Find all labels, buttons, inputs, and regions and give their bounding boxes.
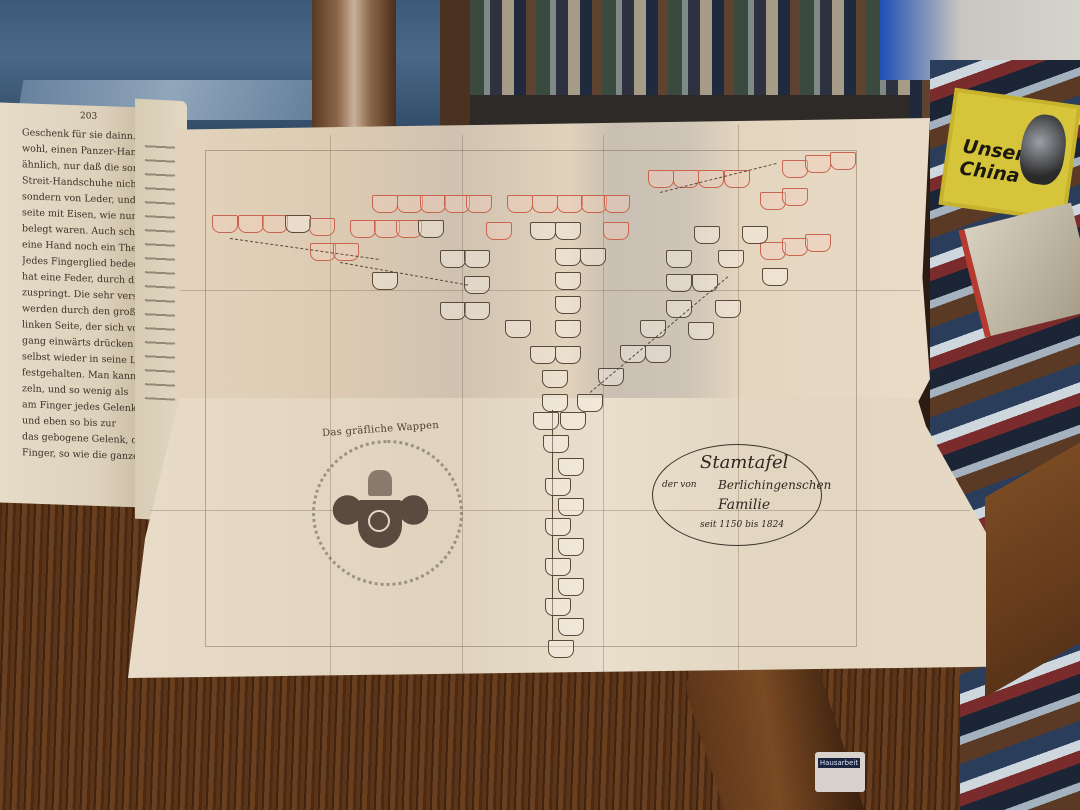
tree-node xyxy=(440,250,466,268)
tree-node xyxy=(555,248,581,266)
tree-node xyxy=(545,598,571,616)
tree-node xyxy=(688,322,714,340)
tree-node xyxy=(530,222,556,240)
fold-line xyxy=(330,135,331,675)
tree-node-ancestor xyxy=(782,188,808,206)
cartouche-family-name: Berlichingenschen xyxy=(718,478,831,492)
fold-line xyxy=(462,135,463,675)
book-unser-china: Unser China xyxy=(943,92,1077,218)
tree-node-ancestor xyxy=(333,243,359,261)
page-number: 203 xyxy=(80,111,97,122)
tree-node xyxy=(543,435,569,453)
box: Hausarbeit xyxy=(815,752,865,792)
tree-node xyxy=(555,320,581,338)
tree-node xyxy=(558,538,584,556)
tree-node xyxy=(640,320,666,338)
tree-node xyxy=(542,370,568,388)
tree-node-ancestor xyxy=(238,215,264,233)
tree-node xyxy=(558,498,584,516)
tree-node-ancestor xyxy=(212,215,238,233)
tree-node-ancestor xyxy=(557,195,583,213)
tree-node-ancestor xyxy=(486,222,512,240)
tree-node xyxy=(545,518,571,536)
tree-node xyxy=(666,250,692,268)
tree-node-ancestor xyxy=(830,152,856,170)
wheel-emblem-icon xyxy=(368,510,390,532)
photo-scene: Unser China Hausarbeit 203 Geschenk für … xyxy=(0,0,1080,810)
tree-node xyxy=(285,215,311,233)
tree-node-ancestor xyxy=(372,195,398,213)
tree-node-ancestor xyxy=(350,220,376,238)
tree-node xyxy=(530,346,556,364)
fold-line xyxy=(603,135,604,675)
tree-node xyxy=(577,394,603,412)
tree-node xyxy=(505,320,531,338)
tree-node-ancestor xyxy=(604,195,630,213)
tree-node xyxy=(440,302,466,320)
tree-node-last xyxy=(548,640,574,658)
cartouche-line: Familie xyxy=(718,497,770,513)
tree-node xyxy=(598,368,624,386)
tree-node xyxy=(555,272,581,290)
tree-node xyxy=(542,394,568,412)
tree-node xyxy=(558,458,584,476)
tree-node xyxy=(533,412,559,430)
tree-node xyxy=(742,226,768,244)
tree-node xyxy=(762,268,788,286)
tree-node-ancestor xyxy=(805,234,831,252)
tree-node xyxy=(464,302,490,320)
tree-node xyxy=(464,250,490,268)
tree-node xyxy=(560,412,586,430)
tree-node-ancestor xyxy=(532,195,558,213)
tree-node xyxy=(718,250,744,268)
tree-node xyxy=(666,274,692,292)
tree-node xyxy=(555,296,581,314)
tree-node xyxy=(715,300,741,318)
tree-node-ancestor xyxy=(466,195,492,213)
book-text: Geschenk für sie dainn. Dies wohl, einen… xyxy=(22,125,142,465)
tree-node xyxy=(555,346,581,364)
tree-node-ancestor xyxy=(420,195,446,213)
carved-wood-frame xyxy=(312,0,396,140)
tree-node-ancestor xyxy=(648,170,674,188)
book-page-left: 203 Geschenk für sie dainn. Dies wohl, e… xyxy=(0,102,145,507)
tree-node xyxy=(545,558,571,576)
tree-node xyxy=(418,220,444,238)
tree-node xyxy=(555,222,581,240)
cartouche-line: der von xyxy=(662,480,697,490)
tree-node xyxy=(545,478,571,496)
box-label: Hausarbeit xyxy=(818,758,860,768)
cartouche-dates: seit 1150 bis 1824 xyxy=(700,520,784,530)
fold-line xyxy=(180,290,920,291)
tree-node xyxy=(580,248,606,266)
text-line: Finger, so wie die ganze xyxy=(22,445,142,465)
tree-node xyxy=(692,274,718,292)
fold-line xyxy=(738,125,739,675)
cartouche-title: Stamtafel xyxy=(700,452,788,473)
tree-node-ancestor xyxy=(603,222,629,240)
wood-frame-post xyxy=(440,0,470,140)
tree-node xyxy=(694,226,720,244)
helmet-crest xyxy=(368,470,392,496)
tree-node xyxy=(372,272,398,290)
tree-node xyxy=(645,345,671,363)
tree-node xyxy=(558,618,584,636)
tree-node xyxy=(558,578,584,596)
tree-node-ancestor xyxy=(507,195,533,213)
tree-node-ancestor xyxy=(309,218,335,236)
tree-node-ancestor xyxy=(805,155,831,173)
